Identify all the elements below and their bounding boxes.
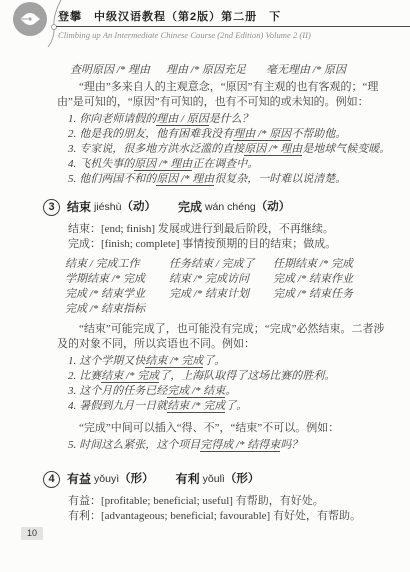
collocation-item: 学期结束 /* 完成 [65, 272, 169, 287]
usage-paragraph: “完成”中间可以插入“得、不”，“结束”不可以。例如： [57, 421, 394, 436]
example-underline: 结束 /* 完成 [145, 355, 203, 368]
example-item: 2.比赛结束 /* 完成了，上海队取得了这场比赛的胜利。 [68, 369, 394, 384]
example-text: 不帮助他。 [291, 128, 346, 140]
definition-line: 有利：[advantageous; beneficial; favourable… [68, 509, 394, 524]
example-text: 这个学期又快 [79, 355, 145, 367]
example-item: 3.专家说，很多地方洪水泛滥的直接原因 /* 理由是地球气候变暖。 [68, 142, 394, 157]
usage-paragraph: “理由”多来自人的主观意念，“原因”有主观的也有客观的；“理由”是可知的，“原因… [57, 80, 394, 110]
example-number: 3. [68, 143, 76, 155]
collocation-item: 完成 /* 结束任务 [273, 287, 394, 302]
pinyin: yǒulì [203, 472, 225, 487]
example-number: 3. [68, 385, 76, 397]
part-of-speech: （形） [225, 472, 260, 487]
example-number: 1. [68, 355, 76, 367]
collocation-item: 完成 /* 结束计划 [169, 287, 273, 302]
example-item: 4.暑假到九月一日就结束 /* 完成了。 [68, 399, 394, 414]
example-underline: 完成 /* 结束 [167, 385, 225, 398]
example-text: 他们两国不和的 [79, 173, 156, 185]
header-rule [56, 26, 410, 27]
example-item: 1.你向老师请假的理由 / 原因是什么？ [68, 112, 394, 127]
example-number: 5. [68, 173, 76, 185]
page-header: 登攀 中级汉语教程（第2版）第二册 下 Climbing up An Inter… [0, 0, 410, 48]
book-title: 登攀 中级汉语教程（第2版）第二册 下 [58, 8, 281, 24]
part-of-speech: （动） [121, 200, 156, 215]
example-item: 1.这个学期又快结束 /* 完成了。 [68, 354, 394, 369]
example-text: 飞机失事的 [79, 158, 134, 170]
example-text: 了。 [203, 355, 225, 367]
page-content: 查明原因 /* 理由 理由 /* 原因充足 毫无理由 /* 原因 “理由”多来自… [0, 48, 410, 524]
example-item: 4.飞机失事的原因 /* 理由正在调查中。 [68, 157, 394, 172]
definition-line: 结束：[end; finish] 发展或进行到最后阶段，不再继续。 [68, 222, 394, 237]
page-number: 10 [21, 527, 43, 540]
definition-line: 有益：[profitable; beneficial; useful] 有帮助，… [68, 494, 394, 509]
example-list: 1.这个学期又快结束 /* 完成了。 2.比赛结束 /* 完成了，上海队取得了这… [57, 354, 394, 414]
definition-block: 结束：[end; finish] 发展或进行到最后阶段，不再继续。 完成：[fi… [57, 222, 394, 252]
example-text: 正在调查中。 [192, 158, 258, 170]
collocation-item: 毫无理由 /* 原因 [266, 63, 394, 78]
pinyin: wán chéng [205, 200, 256, 215]
example-text: 是地球气候变暖。 [302, 143, 390, 155]
example-underline: 原因 /* 理由 [156, 173, 214, 186]
example-text: 了，上海队取得了这场比赛的胜利。 [159, 370, 335, 382]
example-text: 他是我的朋友，他有困难我没有 [79, 128, 233, 140]
section-number-badge: 3 [43, 199, 60, 216]
headword: 结束 [67, 200, 91, 215]
example-item: 2.他是我的朋友，他有困难我没有理由 /* 原因不帮助他。 [68, 127, 394, 142]
example-item: 5.他们两国不和的原因 /* 理由很复杂，一时难以说清楚。 [68, 172, 394, 187]
book-page: 登攀 中级汉语教程（第2版）第二册 下 Climbing up An Inter… [0, 0, 410, 572]
headword: 有利 [176, 472, 200, 487]
example-number: 2. [68, 370, 76, 382]
example-text: 专家说，很多地方洪水泛滥的直接 [79, 143, 244, 155]
collocation-item: 任务结束 / 完成了 [169, 257, 273, 272]
example-number: 2. [68, 128, 76, 140]
collocation-item: 完成 /* 结束作业 [273, 272, 394, 287]
example-text: 比赛 [79, 370, 101, 382]
example-number: 4. [68, 400, 76, 412]
pinyin: jiéshù [94, 200, 121, 215]
section-header-youyi-youli: 4 有益 yǒuyì （形） 有利 yǒulì （形） [43, 471, 394, 488]
example-underline: 完得成 /* 结得束 [200, 439, 280, 452]
collocation-item: 任期结束 /* 完成 [273, 257, 394, 272]
part-of-speech: （形） [119, 472, 154, 487]
part-of-speech: （动） [256, 200, 291, 215]
example-text: 很复杂，一时难以说清楚。 [214, 173, 346, 185]
example-list: 1.你向老师请假的理由 / 原因是什么？ 2.他是我的朋友，他有困难我没有理由 … [57, 112, 394, 187]
example-text: 这个月的任务已经 [79, 385, 167, 397]
definition-line: 完成：[finish; complete] 事情按预期的目的结束；做成。 [68, 237, 394, 252]
example-text: 了。 [225, 400, 247, 412]
example-text: 。 [225, 385, 236, 397]
example-text: 是什么？ [209, 113, 253, 125]
example-underline: 理由 / 原因 [156, 113, 209, 126]
example-item: 3.这个月的任务已经完成 /* 结束。 [68, 384, 394, 399]
pinyin: yǒuyì [94, 472, 119, 487]
collocation-item: 结束 / 完成工作 [65, 257, 169, 272]
definition-block: 有益：[profitable; beneficial; useful] 有帮助，… [57, 494, 394, 524]
example-underline: 结束 /* 完成 [167, 400, 225, 413]
collocation-item [273, 302, 394, 317]
collocation-item [169, 302, 273, 317]
collocation-item: 理由 /* 原因充足 [166, 63, 266, 78]
section-header-jieshu-wancheng: 3 结束 jiéshù （动） 完成 wán chéng （动） [43, 199, 394, 216]
example-underline: 理由 /* 原因 [233, 128, 291, 141]
example-text: 你向老师请假的 [79, 113, 156, 125]
collocation-line: 查明原因 /* 理由 理由 /* 原因充足 毫无理由 /* 原因 [57, 63, 394, 78]
section-number-badge: 4 [43, 471, 60, 488]
example-text: 时间这么紧张，这个项目 [79, 439, 200, 451]
example-number: 4. [68, 158, 76, 170]
example-underline: 原因 /* 理由 [134, 158, 192, 171]
example-underline: 原因 /* 理由 [244, 143, 302, 156]
example-list: 5.时间这么紧张，这个项目完得成 /* 结得束吗？ [57, 438, 394, 453]
collocation-item: 结束 /* 完成访问 [169, 272, 273, 287]
example-number: 1. [68, 113, 76, 125]
example-item: 5.时间这么紧张，这个项目完得成 /* 结得束吗？ [68, 438, 394, 453]
usage-paragraph: “结束”可能完成了，也可能没有完成；“完成”必然结束。二者涉及的对象不同，所以宾… [57, 322, 394, 352]
example-text: 暑假到九月一日就 [79, 400, 167, 412]
collocation-item: 查明原因 /* 理由 [70, 63, 166, 78]
headword: 有益 [67, 472, 91, 487]
headword: 完成 [178, 200, 202, 215]
book-subtitle: Climbing up An Intermediate Chinese Cour… [58, 30, 311, 40]
collocation-item: 完成 /* 结束指标 [65, 302, 169, 317]
example-number: 5. [68, 439, 76, 451]
example-underline: 结束 /* 完成 [101, 370, 159, 383]
collocation-grid: 结束 / 完成工作 任务结束 / 完成了 任期结束 /* 完成 学期结束 /* … [57, 257, 394, 317]
example-text: 吗？ [280, 439, 302, 451]
collocation-item: 完成 /* 结束学业 [65, 287, 169, 302]
